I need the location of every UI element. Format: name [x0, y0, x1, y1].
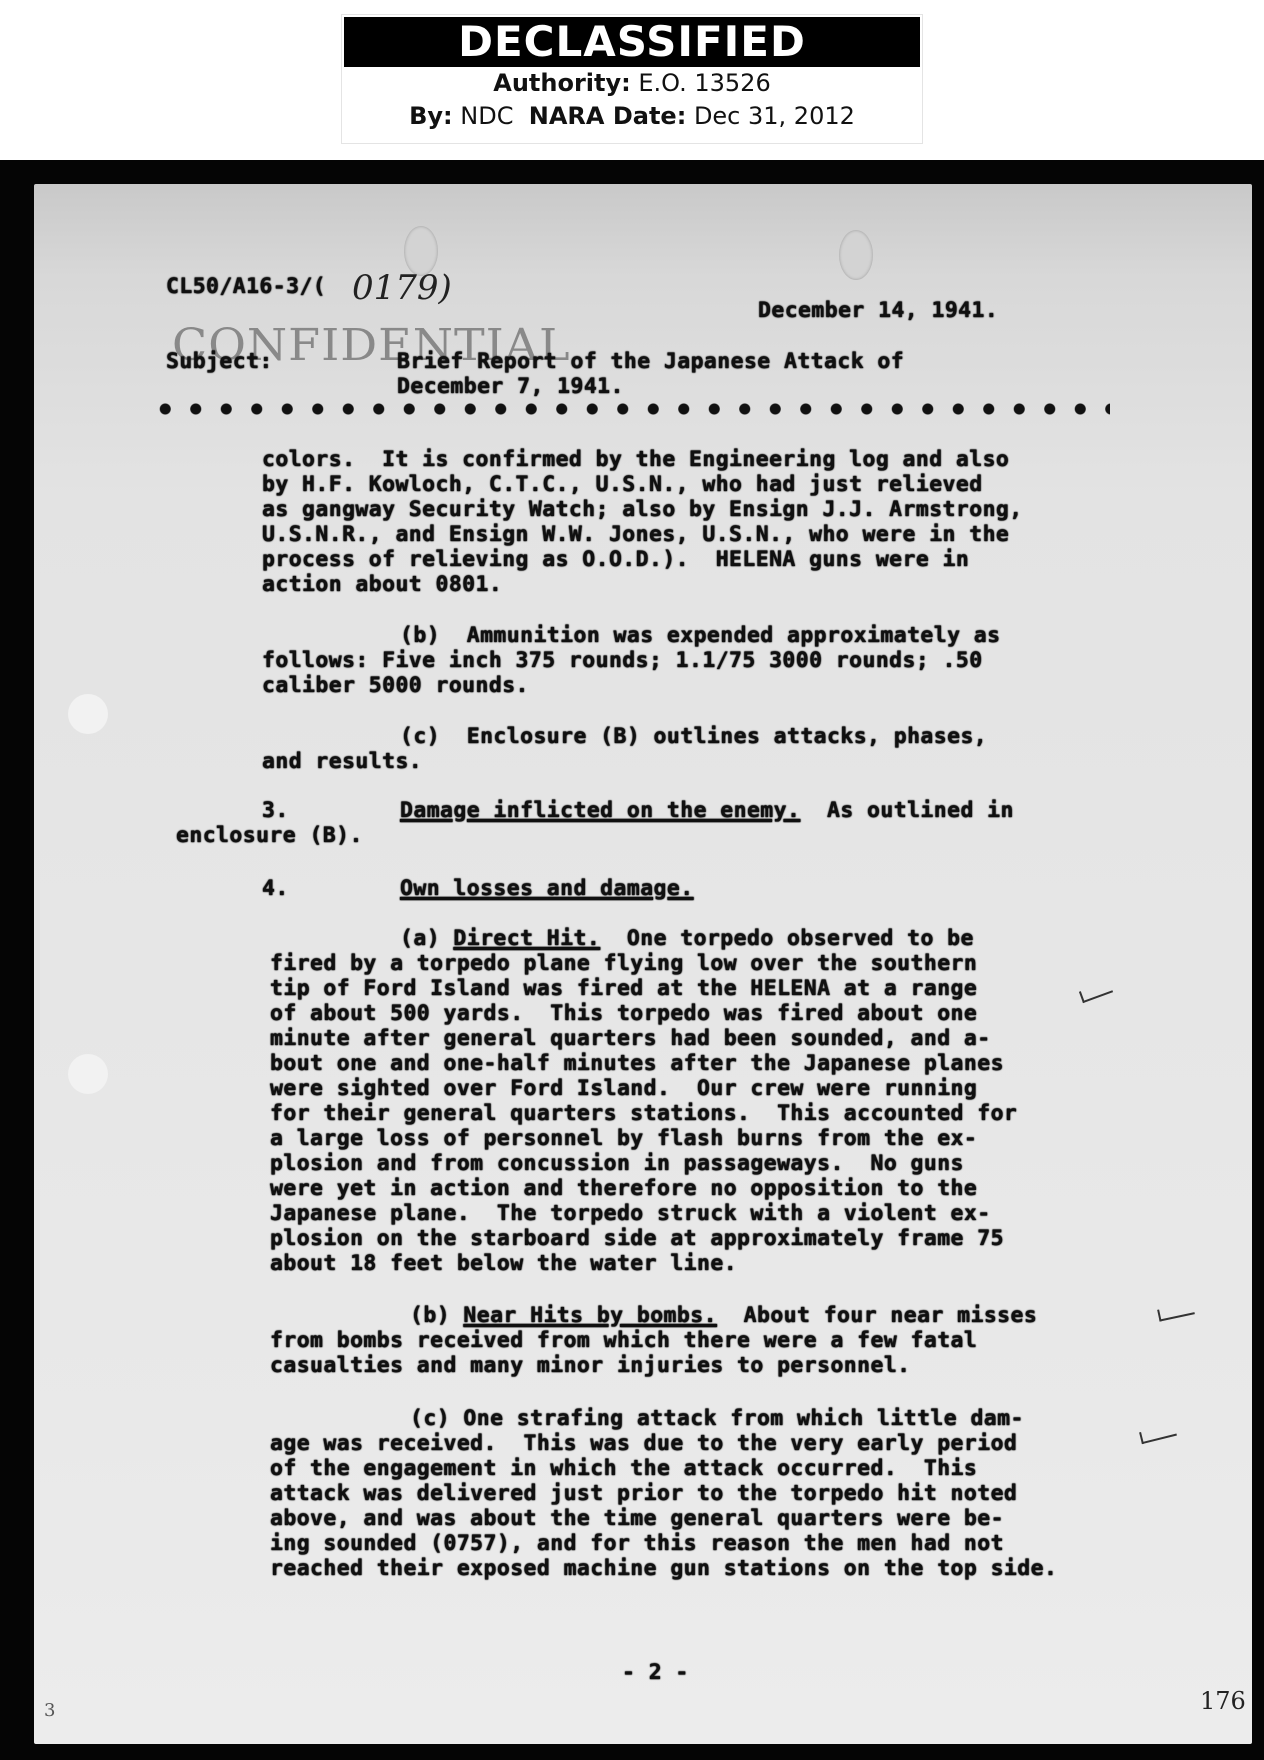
text-line: Japanese plane. The torpedo struck with …	[270, 1201, 991, 1226]
text-line: U.S.N.R., and Ensign W.W. Jones, U.S.N.,…	[262, 522, 1009, 547]
text-line: and results.	[262, 749, 422, 774]
stamp-authority: Authority: E.O. 13526	[342, 67, 922, 100]
text-line: from bombs received from which there wer…	[270, 1328, 977, 1353]
binder-hole-icon	[68, 694, 108, 734]
nara-date-value: Dec 31, 2012	[694, 102, 855, 130]
text-line: about 18 feet below the water line.	[270, 1251, 737, 1276]
text-line: minute after general quarters had been s…	[270, 1026, 991, 1051]
text-line: bout one and one-half minutes after the …	[270, 1051, 1004, 1076]
text-line: fired by a torpedo plane flying low over…	[270, 951, 977, 976]
subject-label: Subject:	[166, 349, 273, 374]
paragraph-number: 4.	[262, 876, 289, 901]
handwritten-corner-left: 3	[44, 1700, 55, 1721]
file-reference: CL50/A16-3/(	[166, 274, 326, 299]
paragraph-number: 3.	[262, 798, 289, 823]
document-date: December 14, 1941.	[758, 298, 998, 323]
text-run: (a)	[400, 926, 453, 951]
handwritten-file-number: 0179)	[352, 268, 452, 308]
text-line: plosion and from concussion in passagewa…	[270, 1151, 964, 1176]
text-line: as gangway Security Watch; also by Ensig…	[262, 497, 1023, 522]
page-number: - 2 -	[622, 1660, 689, 1685]
text-line: for their general quarters stations. Thi…	[270, 1101, 1017, 1126]
subject-line-1: Brief Report of the Japanese Attack of	[397, 349, 904, 374]
stamp-by-date: By: NDC NARA Date: Dec 31, 2012	[342, 100, 922, 133]
text-line: were yet in action and therefore no oppo…	[270, 1176, 977, 1201]
subject-line-2: December 7, 1941.	[397, 374, 624, 399]
handwritten-folio-number: 176	[1200, 1687, 1246, 1715]
authority-label: Authority:	[493, 69, 630, 97]
subsection-heading: Direct Hit.	[453, 926, 600, 951]
text-line: (c) One strafing attack from which littl…	[410, 1406, 1024, 1431]
text-line: tip of Ford Island was fired at the HELE…	[270, 976, 977, 1001]
text-line: of about 500 yards. This torpedo was fir…	[270, 1001, 977, 1026]
stamp-title: DECLASSIFIED	[344, 17, 920, 67]
by-value: NDC	[460, 102, 513, 130]
text-line: (b) Near Hits by bombs. About four near …	[410, 1303, 1037, 1328]
text-run: (b)	[410, 1303, 463, 1328]
text-line: attack was delivered just prior to the t…	[270, 1481, 1017, 1506]
text-line: process of relieving as O.O.D.). HELENA …	[262, 547, 969, 572]
text-line: casualties and many minor injuries to pe…	[270, 1353, 911, 1378]
text-line: reached their exposed machine gun statio…	[270, 1556, 1057, 1581]
text-line: a large loss of personnel by flash burns…	[270, 1126, 977, 1151]
text-run: As outlined in	[800, 798, 1014, 823]
declassification-stamp: DECLASSIFIED Authority: E.O. 13526 By: N…	[341, 14, 923, 144]
section-heading: Own losses and damage.	[400, 876, 694, 901]
text-line: by H.F. Kowloch, C.T.C., U.S.N., who had…	[262, 472, 983, 497]
text-line: of the engagement in which the attack oc…	[270, 1456, 977, 1481]
text-line: (c) Enclosure (B) outlines attacks, phas…	[400, 724, 987, 749]
text-run: One torpedo observed to be	[600, 926, 974, 951]
text-line: plosion on the starboard side at approxi…	[270, 1226, 1004, 1251]
punch-hole-icon	[839, 230, 873, 280]
text-line: age was received. This was due to the ve…	[270, 1431, 1017, 1456]
separator-line	[150, 402, 1110, 416]
section-heading: Damage inflicted on the enemy.	[400, 798, 800, 823]
text-line: were sighted over Ford Island. Our crew …	[270, 1076, 977, 1101]
nara-date-label: NARA Date:	[529, 102, 687, 130]
text-line: colors. It is confirmed by the Engineeri…	[262, 447, 1009, 472]
binder-hole-icon	[68, 1054, 108, 1094]
subsection-heading: Near Hits by bombs.	[463, 1303, 717, 1328]
text-line: above, and was about the time general qu…	[270, 1506, 1004, 1531]
text-line: ing sounded (0757), and for this reason …	[270, 1531, 1004, 1556]
text-line: action about 0801.	[262, 572, 502, 597]
by-label: By:	[409, 102, 453, 130]
text-line: enclosure (B).	[176, 823, 363, 848]
text-line: Damage inflicted on the enemy. As outlin…	[400, 798, 1014, 823]
text-line: caliber 5000 rounds.	[262, 673, 529, 698]
authority-value: E.O. 13526	[638, 69, 770, 97]
text-line: follows: Five inch 375 rounds; 1.1/75 30…	[262, 648, 983, 673]
text-line: (a) Direct Hit. One torpedo observed to …	[400, 926, 974, 951]
text-line: (b) Ammunition was expended approximatel…	[400, 623, 1000, 648]
text-run: About four near misses	[717, 1303, 1037, 1328]
